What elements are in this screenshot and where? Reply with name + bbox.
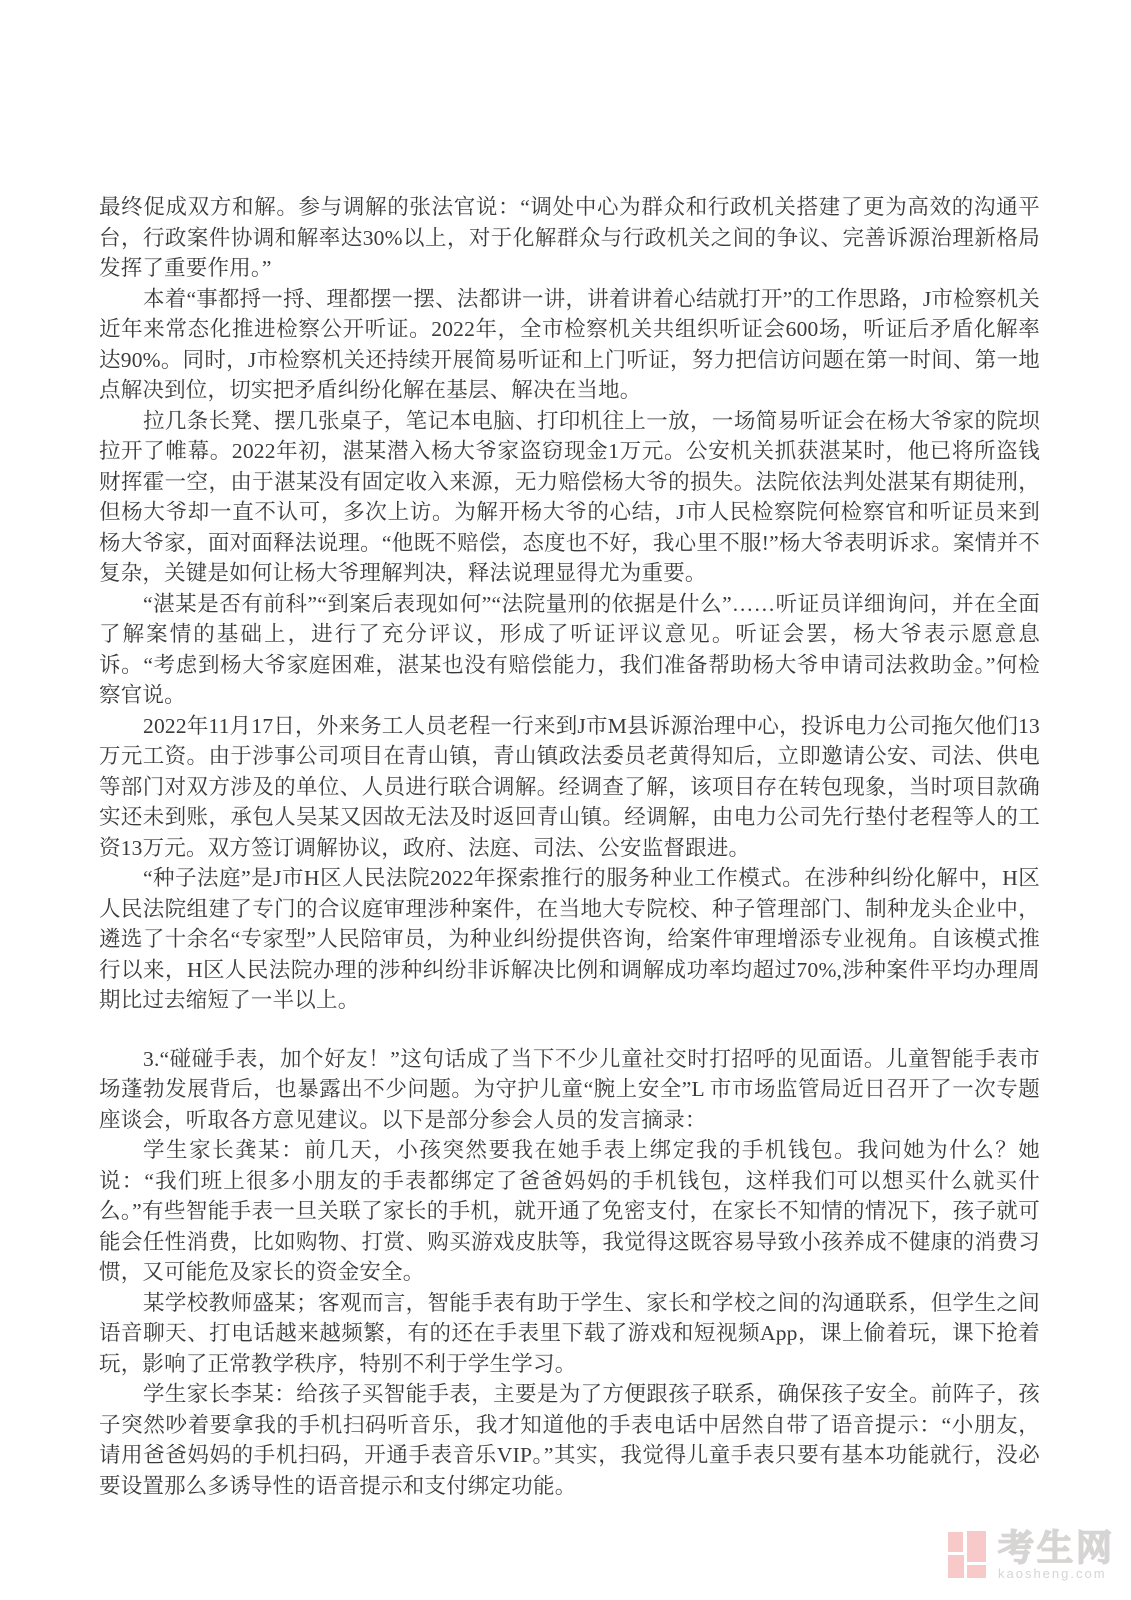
paragraph: 某学校教师盛某；客观而言，智能手表有助于学生、家长和学校之间的沟通联系，但学生之… xyxy=(99,1288,1040,1380)
watermark: 考生网 kaosheng.com xyxy=(948,1531,1115,1580)
paragraph: 本着“事都捋一捋、理都摆一摆、法都讲一讲，讲着讲着心结就打开”的工作思路，J市检… xyxy=(99,284,1040,406)
logo-block xyxy=(967,1531,986,1562)
text-body: 最终促成双方和解。参与调解的张法官说：“调处中心为群众和行政机关搭建了更为高效的… xyxy=(99,192,1040,1501)
logo-block xyxy=(948,1532,963,1552)
paragraph: “种子法庭”是J市H区人民法院2022年探索推行的服务种业工作模式。在涉种纠纷化… xyxy=(99,863,1040,1016)
paragraph: 2022年11月17日，外来务工人员老程一行来到J市M县诉源治理中心，投诉电力公… xyxy=(99,711,1040,864)
paragraph: 3.“碰碰手表，加个好友！”这句话成了当下不少儿童社交时打招呼的见面语。儿童智能… xyxy=(99,1044,1040,1136)
watermark-site-name: 考生网 xyxy=(998,1531,1115,1565)
logo-block xyxy=(967,1565,986,1578)
kaosheng-logo-icon xyxy=(948,1531,986,1578)
paragraph: 拉几条长凳、摆几张桌子，笔记本电脑、打印机往上一放，一场简易听证会在杨大爷家的院… xyxy=(99,406,1040,589)
paragraph: “湛某是否有前科”“到案后表现如何”“法院量刑的依据是什么”……听证员详细询问，… xyxy=(99,589,1040,711)
paragraph: 学生家长李某：给孩子买智能手表，主要是为了方便跟孩子联系，确保孩子安全。前阵子，… xyxy=(99,1379,1040,1501)
paragraph: 最终促成双方和解。参与调解的张法官说：“调处中心为群众和行政机关搭建了更为高效的… xyxy=(99,192,1040,284)
logo-block xyxy=(948,1555,964,1578)
paragraph: 学生家长龚某：前几天，小孩突然要我在她手表上绑定我的手机钱包。我问她为什么？她说… xyxy=(99,1135,1040,1288)
watermark-site-domain: kaosheng.com xyxy=(998,1567,1107,1580)
watermark-text: 考生网 kaosheng.com xyxy=(998,1531,1115,1580)
